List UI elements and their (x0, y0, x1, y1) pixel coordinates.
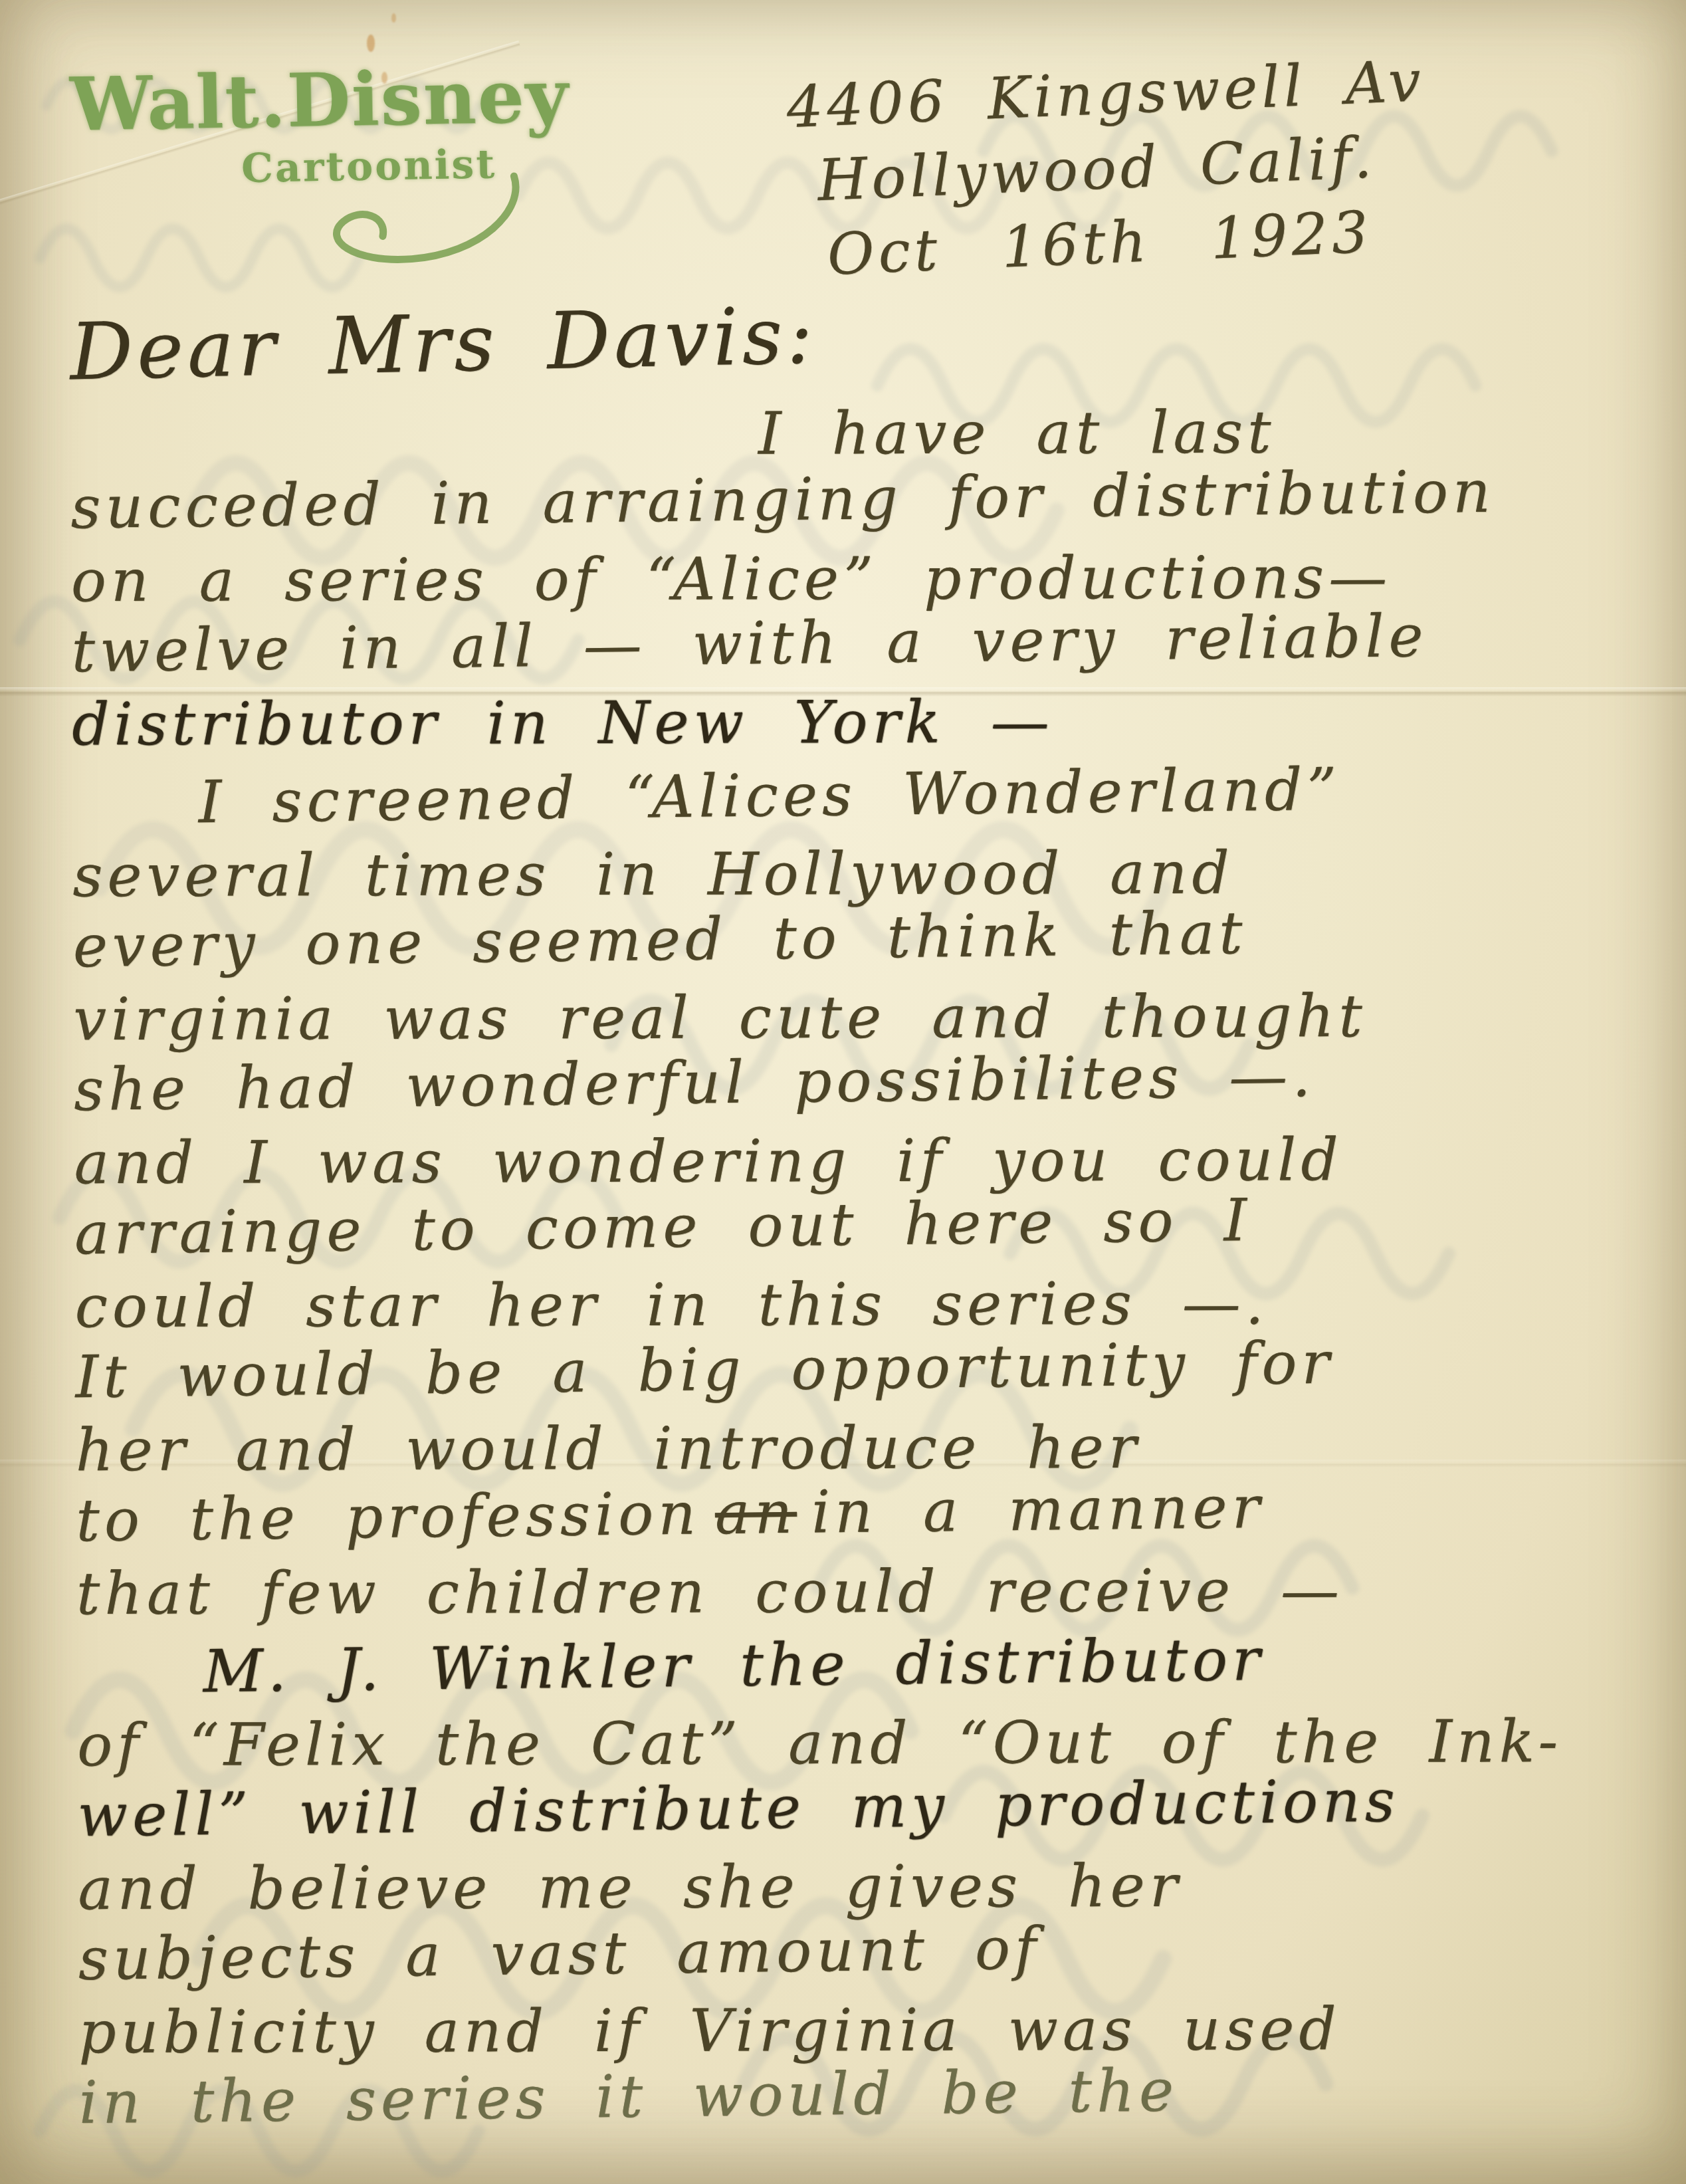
letterhead: Walt.Disney Cartoonist (69, 53, 571, 195)
letter-line: distributor in New York — (72, 685, 1630, 760)
paper-stain (367, 35, 375, 52)
line-text: to the profession (76, 1479, 701, 1555)
letterhead-flourish-icon (243, 172, 530, 290)
salutation: Dear Mrs Davis: (69, 268, 1630, 401)
letterhead-name: Walt.Disney (69, 53, 570, 147)
line-text: in a manner (811, 1472, 1265, 1546)
letter-line: that few children could receive — (76, 1553, 1635, 1629)
address-date-block: 4406 Kingswell Av Hollywood Calif. Oct 1… (785, 44, 1432, 294)
struck-word: an (714, 1477, 797, 1547)
letter-body: Dear Mrs Davis: I have at last succeded … (70, 282, 1638, 2139)
letter-line: M. J. Winkler the distributor (203, 1619, 1635, 1707)
paper-stain (391, 13, 396, 23)
scanned-letter-page: Walt.Disney Cartoonist 4406 Kingswell Av… (0, 0, 1686, 2184)
letter-line: I screened “Alices Wonderland” (198, 750, 1631, 837)
letter-line: succeded in arrainging for distribution (70, 454, 1630, 544)
